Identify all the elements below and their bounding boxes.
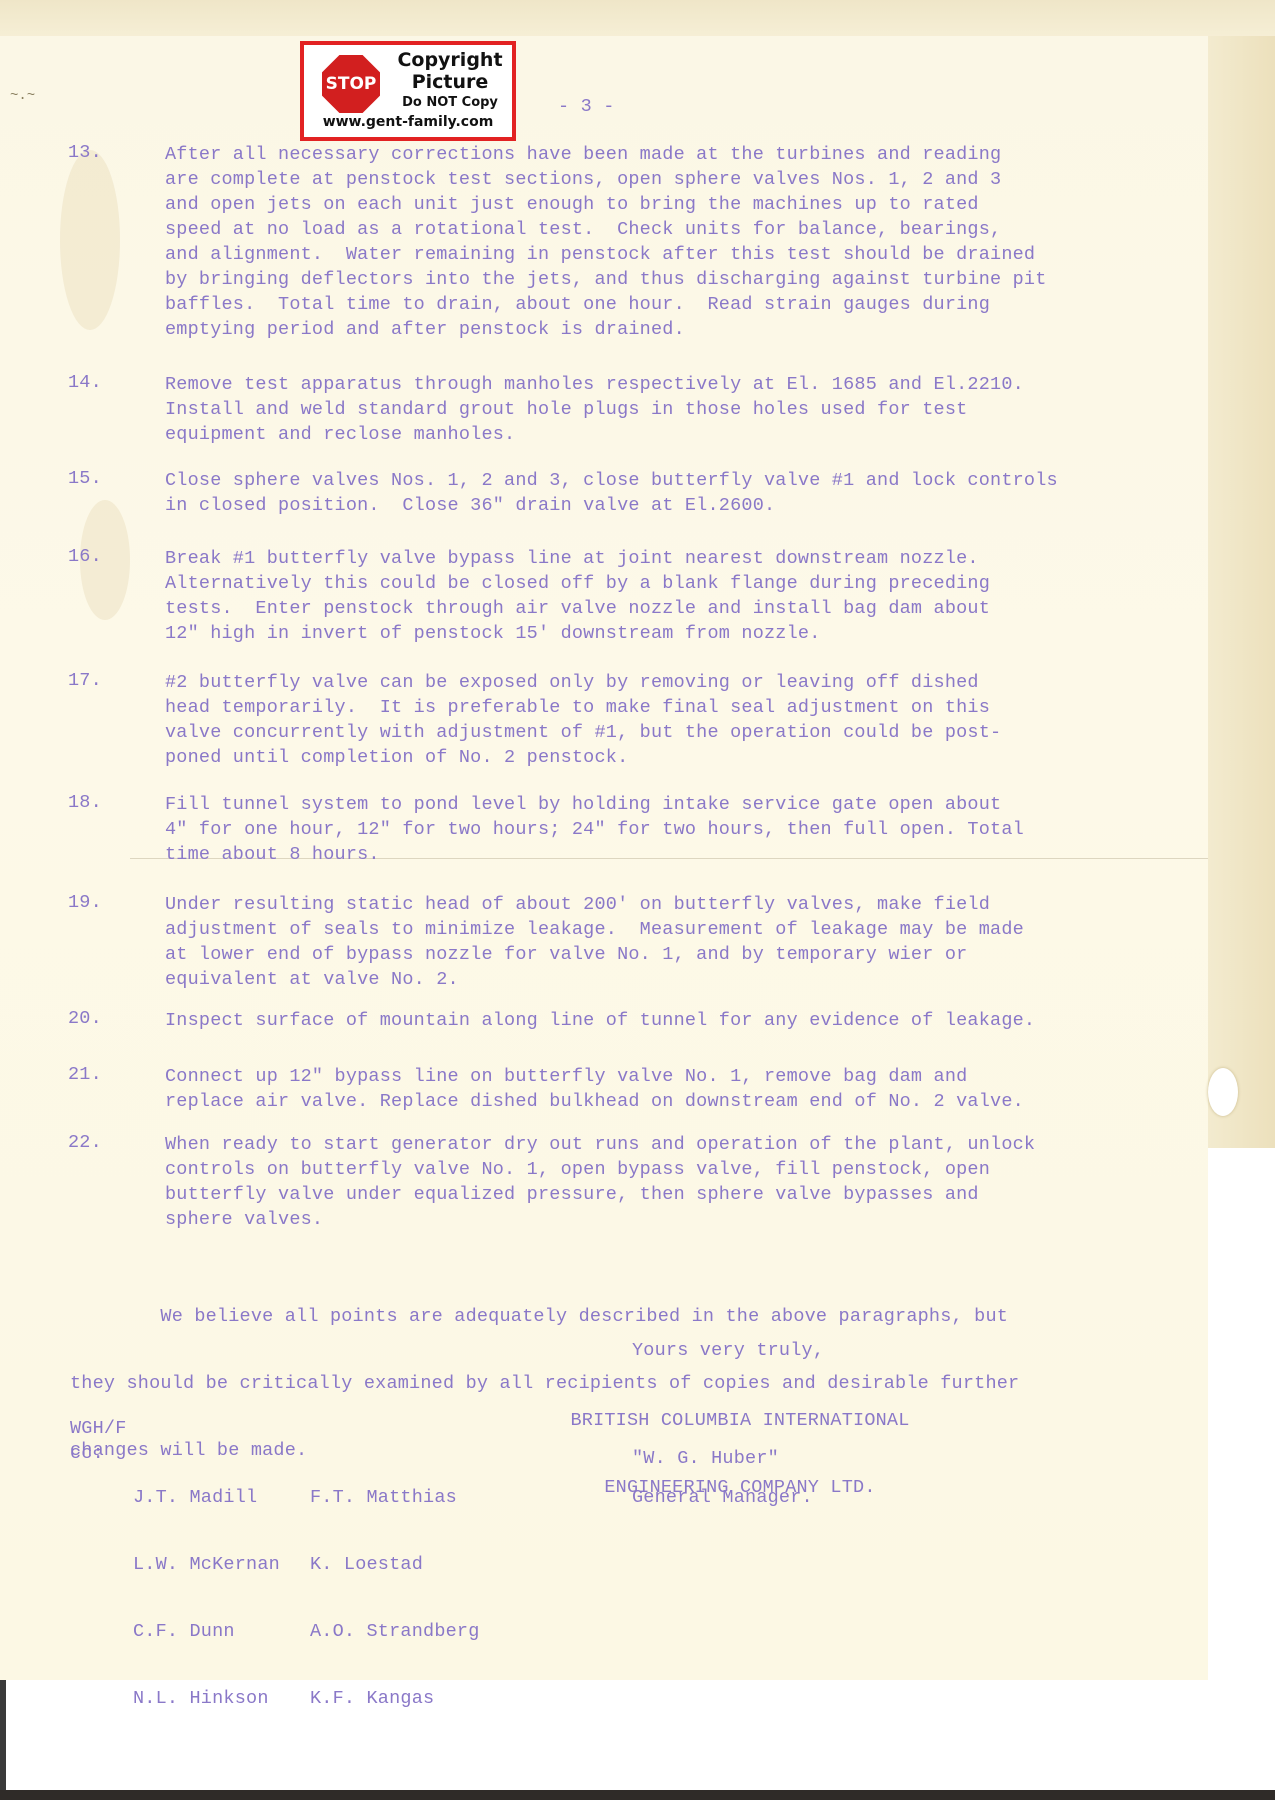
item-number: 13. — [68, 142, 102, 163]
paper-right-edge — [1208, 36, 1275, 1148]
item-line: valve concurrently with adjustment of #1… — [165, 720, 1001, 745]
item-line: speed at no load as a rotational test. C… — [165, 217, 1047, 242]
item-line: at lower end of bypass nozzle for valve … — [165, 942, 1024, 967]
item-line: equivalent at valve No. 2. — [165, 967, 1024, 992]
cc-recipient: K.F. Kangas — [310, 1686, 480, 1711]
cc-recipient: A.O. Strandberg — [310, 1619, 480, 1644]
cc-list-column-1: J.T. Madill L.W. McKernan C.F. Dunn N.L.… — [133, 1443, 280, 1732]
item-text: Connect up 12" bypass line on butterfly … — [165, 1064, 1024, 1114]
item-number: 20. — [68, 1008, 102, 1029]
item-line: in closed position. Close 36" drain valv… — [165, 493, 1058, 518]
signoff: Yours very truly, — [632, 1340, 824, 1361]
cc-list-column-2: F.T. Matthias K. Loestad A.O. Strandberg… — [310, 1443, 480, 1732]
item-line: emptying period and after penstock is dr… — [165, 317, 1047, 342]
item-text: Fill tunnel system to pond level by hold… — [165, 792, 1024, 867]
item-line: Connect up 12" bypass line on butterfly … — [165, 1064, 1024, 1089]
company-line-1: BRITISH COLUMBIA INTERNATIONAL — [540, 1408, 940, 1433]
item-line: are complete at penstock test sections, … — [165, 167, 1047, 192]
item-line: 4" for one hour, 12" for two hours; 24" … — [165, 817, 1024, 842]
item-line: Install and weld standard grout hole plu… — [165, 397, 1024, 422]
cc-recipient: F.T. Matthias — [310, 1485, 480, 1510]
punch-hole — [1208, 1068, 1238, 1116]
scan-bottom-edge — [0, 1790, 1275, 1800]
item-line: head temporarily. It is preferable to ma… — [165, 695, 1001, 720]
item-number: 22. — [68, 1132, 102, 1153]
item-line: time about 8 hours. — [165, 842, 1024, 867]
item-text: Close sphere valves Nos. 1, 2 and 3, clo… — [165, 468, 1058, 518]
item-number: 18. — [68, 792, 102, 813]
item-line: equipment and reclose manholes. — [165, 422, 1024, 447]
signatory-title: General Manager. — [632, 1487, 813, 1508]
item-text: Break #1 butterfly valve bypass line at … — [165, 546, 990, 646]
item-line: Close sphere valves Nos. 1, 2 and 3, clo… — [165, 468, 1058, 493]
item-number: 14. — [68, 372, 102, 393]
item-text: When ready to start generator dry out ru… — [165, 1132, 1035, 1232]
item-line: adjustment of seals to minimize leakage.… — [165, 917, 1024, 942]
item-line: Remove test apparatus through manholes r… — [165, 372, 1024, 397]
item-line: Fill tunnel system to pond level by hold… — [165, 792, 1024, 817]
item-line: tests. Enter penstock through air valve … — [165, 596, 990, 621]
item-line: After all necessary corrections have bee… — [165, 142, 1047, 167]
signature: "W. G. Huber" — [632, 1448, 779, 1469]
item-number: 21. — [68, 1064, 102, 1085]
item-line: and alignment. Water remaining in pensto… — [165, 242, 1047, 267]
item-number: 17. — [68, 670, 102, 691]
item-line: controls on butterfly valve No. 1, open … — [165, 1157, 1035, 1182]
item-line: When ready to start generator dry out ru… — [165, 1132, 1035, 1157]
cc-recipient: L.W. McKernan — [133, 1552, 280, 1577]
item-line: by bringing deflectors into the jets, an… — [165, 267, 1047, 292]
pencil-mark: ~.~ — [10, 88, 35, 104]
item-text: Under resulting static head of about 200… — [165, 892, 1024, 992]
cc-recipient: K. Loestad — [310, 1552, 480, 1577]
item-line: replace air valve. Replace dished bulkhe… — [165, 1089, 1024, 1114]
scan-top-edge — [0, 0, 1275, 38]
item-text: #2 butterfly valve can be exposed only b… — [165, 670, 1001, 770]
reference-initials: WGH/F — [70, 1418, 127, 1439]
item-text: After all necessary corrections have bee… — [165, 142, 1047, 342]
item-line: Break #1 butterfly valve bypass line at … — [165, 546, 990, 571]
paper-stain — [60, 150, 120, 330]
item-number: 19. — [68, 892, 102, 913]
scan-background — [1208, 1148, 1275, 1680]
item-line: Inspect surface of mountain along line o… — [165, 1008, 1035, 1033]
cc-label: cc: — [70, 1443, 104, 1464]
scan-left-edge — [0, 1680, 6, 1800]
item-line: 12" high in invert of penstock 15' downs… — [165, 621, 990, 646]
copyright-watermark: STOP Copyright Picture Do NOT Copy www.g… — [300, 41, 516, 141]
item-line: #2 butterfly valve can be exposed only b… — [165, 670, 1001, 695]
closing-line: We believe all points are adequately des… — [70, 1304, 1019, 1329]
cc-recipient: C.F. Dunn — [133, 1619, 280, 1644]
item-text: Remove test apparatus through manholes r… — [165, 372, 1024, 447]
item-line: baffles. Total time to drain, about one … — [165, 292, 1047, 317]
item-line: Under resulting static head of about 200… — [165, 892, 1024, 917]
item-line: and open jets on each unit just enough t… — [165, 192, 1047, 217]
watermark-title: Copyright — [388, 49, 512, 71]
stop-sign-icon: STOP — [322, 55, 380, 113]
page-number: - 3 - — [558, 96, 615, 117]
watermark-warning: Do NOT Copy — [388, 95, 512, 110]
watermark-url: www.gent-family.com — [304, 114, 512, 130]
cc-recipient: N.L. Hinkson — [133, 1686, 280, 1711]
item-line: Alternatively this could be closed off b… — [165, 571, 990, 596]
item-number: 15. — [68, 468, 102, 489]
cc-recipient: J.T. Madill — [133, 1485, 280, 1510]
watermark-subtitle: Picture — [388, 71, 512, 93]
item-line: poned until completion of No. 2 penstock… — [165, 745, 1001, 770]
item-number: 16. — [68, 546, 102, 567]
item-line: butterfly valve under equalized pressure… — [165, 1182, 1035, 1207]
item-text: Inspect surface of mountain along line o… — [165, 1008, 1035, 1033]
item-line: sphere valves. — [165, 1207, 1035, 1232]
